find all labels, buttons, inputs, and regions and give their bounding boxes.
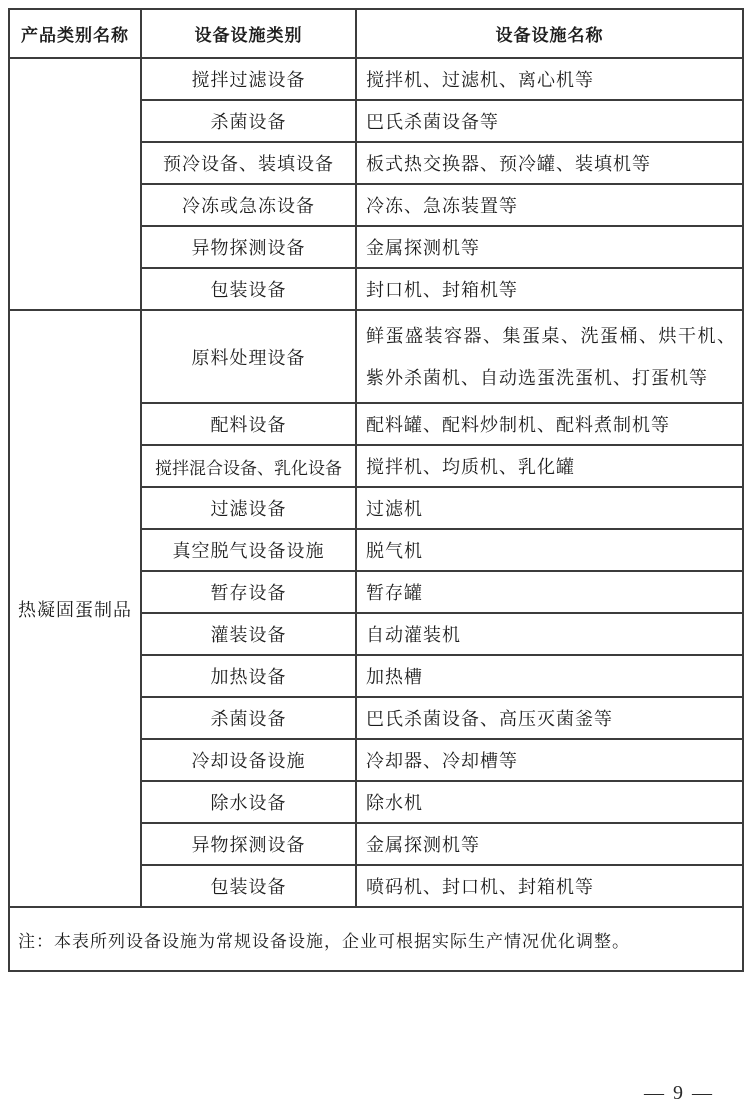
equipment-names-cell: 自动灌装机 (356, 613, 743, 655)
equipment-category-cell: 搅拌混合设备、乳化设备 (141, 445, 356, 487)
equipment-category-cell: 加热设备 (141, 655, 356, 697)
product-category-cell (9, 58, 141, 310)
equipment-category-cell: 真空脱气设备设施 (141, 529, 356, 571)
equipment-category-cell: 异物探测设备 (141, 823, 356, 865)
table-row: 热凝固蛋制品 原料处理设备 鲜蛋盛装容器、集蛋桌、洗蛋桶、烘干机、紫外杀菌机、自… (9, 310, 743, 403)
header-product-category: 产品类别名称 (9, 9, 141, 58)
equipment-category-cell: 灌装设备 (141, 613, 356, 655)
table-row: 搅拌过滤设备 搅拌机、过滤机、离心机等 (9, 58, 743, 100)
equipment-names-cell: 金属探测机等 (356, 823, 743, 865)
equipment-category-cell: 杀菌设备 (141, 100, 356, 142)
equipment-names-cell: 过滤机 (356, 487, 743, 529)
equipment-names-cell: 搅拌机、过滤机、离心机等 (356, 58, 743, 100)
equipment-category-cell: 包装设备 (141, 268, 356, 310)
equipment-names-cell: 搅拌机、均质机、乳化罐 (356, 445, 743, 487)
equipment-category-cell: 异物探测设备 (141, 226, 356, 268)
equipment-names-cell: 加热槽 (356, 655, 743, 697)
equipment-category-cell: 过滤设备 (141, 487, 356, 529)
equipment-category-cell: 冷却设备设施 (141, 739, 356, 781)
table-note-row: 注：本表所列设备设施为常规设备设施，企业可根据实际生产情况优化调整。 (9, 907, 743, 971)
equipment-names-cell: 鲜蛋盛装容器、集蛋桌、洗蛋桶、烘干机、紫外杀菌机、自动选蛋洗蛋机、打蛋机等 (356, 310, 743, 403)
equipment-names-cell: 金属探测机等 (356, 226, 743, 268)
equipment-table: 产品类别名称 设备设施类别 设备设施名称 搅拌过滤设备 搅拌机、过滤机、离心机等… (8, 8, 744, 972)
page-number: — 9 — (644, 1082, 714, 1105)
equipment-category-cell: 搅拌过滤设备 (141, 58, 356, 100)
equipment-category-cell: 暂存设备 (141, 571, 356, 613)
equipment-category-cell: 配料设备 (141, 403, 356, 445)
equipment-category-cell: 冷冻或急冻设备 (141, 184, 356, 226)
document-page: 产品类别名称 设备设施类别 设备设施名称 搅拌过滤设备 搅拌机、过滤机、离心机等… (0, 0, 750, 1114)
equipment-category-cell: 除水设备 (141, 781, 356, 823)
equipment-names-cell: 暂存罐 (356, 571, 743, 613)
equipment-names-cell: 巴氏杀菌设备、高压灭菌釜等 (356, 697, 743, 739)
table-note: 注：本表所列设备设施为常规设备设施，企业可根据实际生产情况优化调整。 (9, 907, 743, 971)
equipment-names-cell: 封口机、封箱机等 (356, 268, 743, 310)
equipment-names-cell: 冷却器、冷却槽等 (356, 739, 743, 781)
equipment-category-cell: 包装设备 (141, 865, 356, 907)
equipment-names-cell: 配料罐、配料炒制机、配料煮制机等 (356, 403, 743, 445)
equipment-category-cell: 杀菌设备 (141, 697, 356, 739)
equipment-names-cell: 巴氏杀菌设备等 (356, 100, 743, 142)
equipment-names-cell: 喷码机、封口机、封箱机等 (356, 865, 743, 907)
header-equipment-names: 设备设施名称 (356, 9, 743, 58)
equipment-names-cell: 除水机 (356, 781, 743, 823)
product-category-cell: 热凝固蛋制品 (9, 310, 141, 907)
header-equipment-category: 设备设施类别 (141, 9, 356, 58)
table-header-row: 产品类别名称 设备设施类别 设备设施名称 (9, 9, 743, 58)
equipment-category-cell: 原料处理设备 (141, 310, 356, 403)
equipment-names-cell: 冷冻、急冻装置等 (356, 184, 743, 226)
equipment-names-cell: 脱气机 (356, 529, 743, 571)
equipment-category-cell: 预冷设备、装填设备 (141, 142, 356, 184)
equipment-names-cell: 板式热交换器、预冷罐、装填机等 (356, 142, 743, 184)
